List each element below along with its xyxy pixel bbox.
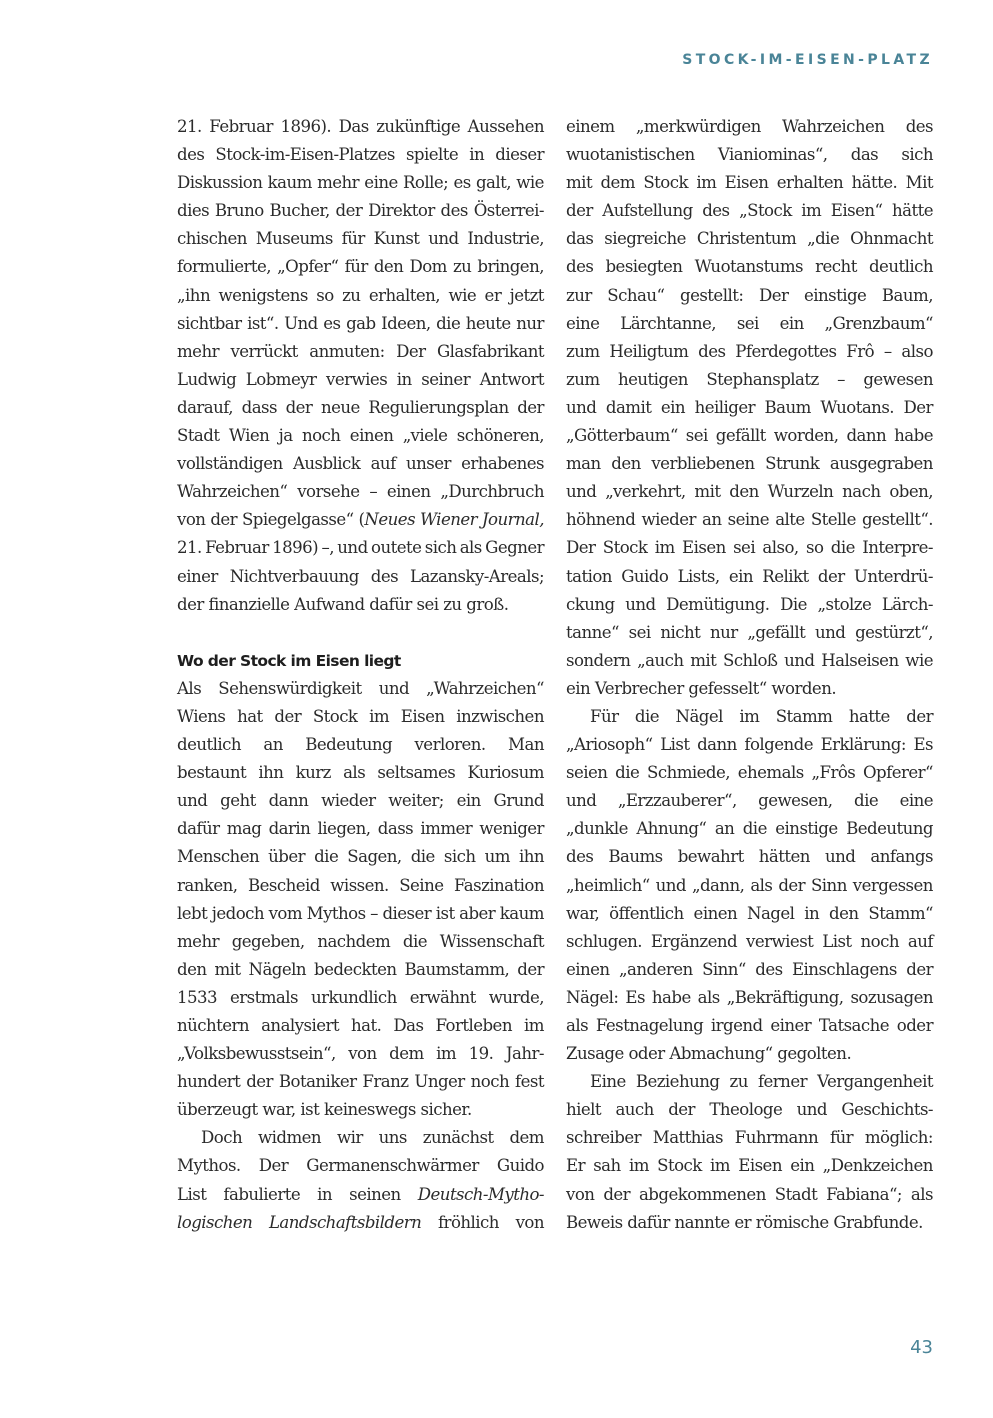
word: mit [214,956,240,984]
word: die [403,928,427,956]
word: wie [905,647,933,675]
word: den [611,450,640,478]
word: Februar [209,113,273,141]
word: Die [780,591,807,619]
word: recht [815,253,857,281]
text-line: WienshatderStockimEiseninzwischen [177,703,544,731]
word: Schmiede, [647,759,730,787]
word: verwies [326,366,387,394]
text-line: und„Erzzauberer“,gewesen,dieeine [566,787,933,815]
text-line: bestauntihnkurzalsseltsamesKuriosum [177,759,544,787]
word: noch [302,422,340,450]
word: Stephansplatz [706,366,818,394]
text-line: deutlichanBedeutungverloren.Man [177,731,544,759]
word: Nagel [747,900,794,928]
text-line: höhnendwiederanseinealteStellegestellt“. [566,506,933,534]
word: kaum [268,169,312,197]
word: gefällt [716,422,766,450]
word: der [818,563,845,591]
word: gestürzt“, [855,619,933,647]
word: es [453,169,470,197]
text-line: EineBeziehungzufernerVergangenheit [566,1068,933,1096]
word: erhabenes [461,450,544,478]
word: Stelle [811,506,856,534]
word: dies [177,197,209,225]
word: Für [590,703,618,731]
text-line: mitdemStockimEisenerhaltenhätte.Mit [566,169,933,197]
word: darin [269,815,311,843]
text-line-citation: vonderSpiegelgasse“(NeuesWienerJournal, [177,506,544,534]
text-line: sondern„auchmitSchloßundHalseisenwie [566,647,933,675]
word: wuotanistischen [566,141,695,169]
word: dass [378,815,413,843]
word: des [906,113,933,141]
text-line: „heimlich“und„dann,alsderSinnvergessen [566,872,933,900]
word: von [516,1209,544,1237]
text-line: Mythos.DerGermanenschwärmerGuido [177,1152,544,1180]
word: bringen, [477,253,544,281]
word: verloren. [414,731,485,759]
italic-text: Neues [364,510,415,529]
text: der [210,510,237,529]
word: Das [393,1012,423,1040]
word: das [851,141,878,169]
word: „Erzzauberer“, [618,787,737,815]
word: der [668,1096,695,1124]
word: Lobmeyr [246,366,317,394]
word: eine [364,169,397,197]
word: von [177,506,205,534]
text: fröhlich [438,1213,499,1232]
word: „dann, [692,872,744,900]
paragraph: FürdieNägelimStammhatteder„Ariosoph“List… [566,703,933,1068]
word: Ahnung“ [636,815,706,843]
word: wieder [641,506,695,534]
running-head: STOCK-IM-EISEN-PLATZ [682,52,933,68]
word: tation [566,563,612,591]
word: „verkehrt, [605,478,685,506]
word: Gegner [485,534,544,562]
word: einstige [804,282,866,310]
word: habe [652,984,691,1012]
word: des [371,563,398,591]
word: der [517,394,544,422]
word: analysiert [261,1012,339,1040]
text-line: Dochwidmenwirunszunächstdem [177,1124,544,1152]
text-line: LudwigLobmeyrverwiesinseinerAntwort [177,366,544,394]
word: ckung [566,591,615,619]
word: der [336,197,363,225]
text-line: vonderabgekommenenStadtFabiana“;als [566,1181,933,1209]
word: – [837,366,845,394]
word: „Stock [739,197,792,225]
word: weiter; [388,787,444,815]
word: ausgegraben [830,450,933,478]
word: Halseisen [821,647,898,675]
word: bestaunt [177,759,246,787]
word: erwähnt [410,984,476,1012]
word: verwiest [746,928,813,956]
word: dass [242,394,277,422]
word: „Grenzbaum“ [825,310,933,338]
word: die [854,787,878,815]
word: immer [420,815,472,843]
word: schreiber [566,1124,641,1152]
word: Interpre- [862,534,933,562]
word: einen [387,478,431,506]
word: und [784,647,814,675]
word: Baum, [882,282,933,310]
text-line: schlugen.ErgänzendverwiestListnochauf [566,928,933,956]
word: wie [448,282,476,310]
word: einen [350,422,394,450]
word: ist [436,900,455,928]
word: hat. [351,1012,381,1040]
word: anmuten: [309,338,384,366]
word: Industrie, [467,225,544,253]
word: Bescheid [248,872,320,900]
word: den [177,956,206,984]
text-line: „dunkleAhnung“andieeinstigeBedeutung [566,815,933,843]
word: aber [459,900,495,928]
word: heiliger [695,394,755,422]
word: ein [780,310,804,338]
word: um [485,843,510,871]
word: „Wahrzeichen“ [426,675,544,703]
word: Mit [906,169,933,197]
word: „ihn [177,282,210,310]
word: Faszination [454,872,544,900]
word: deutlich [869,253,933,281]
word: Nägel [675,703,722,731]
word: noch [471,1068,509,1096]
word: sei [686,422,708,450]
word: formulierte, [177,253,271,281]
word: sozusagen [850,984,933,1012]
text-line: 21.Februar1896).DaszukünftigeAussehen [177,113,544,141]
word: Unger [414,1068,464,1096]
word: Sinn“ [702,956,746,984]
word: Mythos [307,900,366,928]
word: Stock [643,169,688,197]
text-line: darauf,dassderneueRegulierungsplander [177,394,544,422]
italic-text: Deutsch-Mytho- [418,1185,544,1204]
word: wir [337,1124,363,1152]
word: er [485,282,502,310]
word: Ohnmacht [850,225,933,253]
word: Fuhrmann [735,1124,818,1152]
word: irgend [711,1012,763,1040]
word: und [797,1096,827,1124]
word: mit [690,647,716,675]
word: einen [694,900,738,928]
word: Guido [497,1152,544,1180]
text-line: der finanzielle Aufwand dafür sei zu gro… [177,591,544,619]
word: Nichtverbauung [230,563,359,591]
word: vollständigen [177,450,283,478]
word: von [566,1181,594,1209]
word: auf [371,450,396,478]
word: Eisen [682,534,726,562]
word: so [806,534,823,562]
word: Schau“ [607,282,664,310]
word: gewesen [863,366,933,394]
word: 19. [469,1040,494,1068]
word: fröhlich [438,1209,499,1237]
text-line: formulierte,„Opfer“fürdenDomzubringen, [177,253,544,281]
word: des [441,197,468,225]
word: sichtbar [177,310,242,338]
text: List [177,1185,206,1204]
text-line: 21.Februar1896)–,undoutetesichalsGegner [177,534,544,562]
word: –, [321,534,333,562]
word: wieder [321,787,375,815]
word: die [831,534,855,562]
word: Botaniker [279,1068,357,1096]
word: Rolle; [403,169,448,197]
text: von [516,1213,544,1232]
text-line: alsFestnagelungirgendeinerTatsacheoder [566,1012,933,1040]
word: abgekommenen [639,1181,766,1209]
paragraph: AlsSehenswürdigkeitund„Wahrzeichen“Wiens… [177,675,544,1125]
word: heute [466,310,511,338]
text-line: und„verkehrt,mitdenWurzelnnachoben, [566,478,933,506]
word: ihn [258,759,283,787]
text-line: Beweis dafür nannte er römische Grabfund… [566,1209,933,1237]
word: schlugen. [566,928,642,956]
word: „heimlich“ [566,872,650,900]
text-line: zumHeiligtumdesPferdegottesFrô–also [566,338,933,366]
word: „Opfer“ [277,253,338,281]
word: siegreiche [604,225,686,253]
text-line: hieltauchderTheologeundGeschichts- [566,1096,933,1124]
text-line: seiendieSchmiede,ehemals„FrôsOpferer“ [566,759,933,787]
word: Wiens [177,703,225,731]
word: List [660,731,689,759]
word: im [696,169,716,197]
word: Wuotans. [820,394,894,422]
word: Jahr- [506,1040,544,1068]
text-line: einem„merkwürdigenWahrzeichendes [566,113,933,141]
word: Relikt [762,563,808,591]
word: Der [396,338,425,366]
word: im [739,703,759,731]
word: die [635,703,659,731]
word: Ideen, [381,310,430,338]
text-line: derAufstellungdes„StockimEisen“hätte [566,197,933,225]
word: dann [846,422,886,450]
word: Fortleben [435,1012,512,1040]
word: war, [566,900,599,928]
text-line: „Götterbaum“seigefälltworden,dannhabe [566,422,933,450]
word: gestellt: [680,282,743,310]
word: Heiligtum [609,338,688,366]
word: Vianiominas“, [718,141,828,169]
word: Frô [846,338,874,366]
word: die [436,310,460,338]
text: Spiegelgasse“ [242,510,354,529]
word: für [342,225,365,253]
word: Nägel: [566,984,618,1012]
word: Erklärung: [821,731,906,759]
word: kurz [296,759,331,787]
word: zukünftige [376,113,460,141]
word: Eisen [738,1152,782,1180]
word: des [755,956,782,984]
word: Demütigung. [666,591,769,619]
word: Wurzeln [768,478,834,506]
italic-text: Wiener [420,510,477,529]
word: „die [807,225,839,253]
word: eine [900,787,933,815]
word: Landschaftsbildern [269,1209,421,1237]
word: nachdem [317,928,390,956]
word: „gefällt [747,619,805,647]
word: zunächst [423,1124,494,1152]
word: Wien [229,422,269,450]
word: zu [342,282,360,310]
word: öffentlich [609,900,684,928]
text-line: eineLärchtanne,seiein„Grenzbaum“ [566,310,933,338]
word: 21. [177,534,202,562]
text-line: einerNichtverbauungdesLazansky-Areals; [177,563,544,591]
word: darauf, [177,394,233,422]
word: in [804,900,819,928]
paragraph: einem„merkwürdigenWahrzeichendeswuotanis… [566,113,933,703]
word: Baumstamm, [404,956,509,984]
word: kaum [500,900,544,928]
word: also [901,338,933,366]
text-line: DiskussionkaummehreineRolle;esgalt,wie [177,169,544,197]
word: Einschlagens [792,956,897,984]
text-line: ein Verbrecher gefesselt“ worden. [566,675,933,703]
word: Matthias [653,1124,723,1152]
text-line: zumheutigenStephansplatz–gewesen [566,366,933,394]
right-column: einem„merkwürdigenWahrzeichendeswuotanis… [566,113,933,1237]
word: – [370,900,378,928]
word: Diskussion [177,169,262,197]
word: die [743,815,767,843]
word: Baum [764,394,810,422]
text-line: DerStockimEisenseialso,sodieInterpre- [566,534,933,562]
word: an [715,815,734,843]
text-line: dafürmagdarinliegen,dassimmerweniger [177,815,544,843]
word: nur [516,310,544,338]
text-line: war,öffentlicheinenNagelindenStamm“ [566,900,933,928]
word: Februar [205,534,269,562]
italic-text: logischen [177,1213,252,1232]
word: Wahrzeichen [782,113,884,141]
text-line: MenschenüberdieSagen,diesichumihn [177,843,544,871]
text-line: „ihnwenigstenssozuerhalten,wieerjetzt [177,282,544,310]
text-line: ckungundDemütigung.Die„stolzeLärch- [566,591,933,619]
word: anfangs [870,843,933,871]
word: ist“. [247,310,279,338]
word: die [615,759,639,787]
word: Sagen, [347,843,401,871]
word: Dom [409,253,446,281]
text-line: zurSchau“gestellt:DereinstigeBaum, [566,282,933,310]
word: Pferdegottes [735,338,836,366]
word: der [906,956,933,984]
word: auch [615,1096,653,1124]
word: Glasfabrikant [437,338,544,366]
word: Wiener [420,506,477,534]
word: chischen [177,225,247,253]
word: Stock [657,1152,702,1180]
word: Eisen [401,703,445,731]
word: unser [406,450,451,478]
word: „stolze [817,591,871,619]
word: Es [913,731,933,759]
word: Lists, [678,563,720,591]
word: der [566,197,593,225]
text-line: ranken,Bescheidwissen.SeineFaszination [177,872,544,900]
word: 1533 [177,984,217,1012]
text-line: mehrgegeben,nachdemdieWissenschaft [177,928,544,956]
text: fabulierte [223,1185,300,1204]
word: sich [425,534,457,562]
word: Geschichts- [841,1096,933,1124]
word: es [323,310,340,338]
word: Antwort [480,366,544,394]
word: hatte [849,703,890,731]
word: Stadt [177,422,219,450]
word: logischen [177,1209,252,1237]
word: 21. [177,113,202,141]
word: seiner [421,366,470,394]
paragraph-tail: 21.Februar1896)–,undoutetesichalsGegnere… [177,534,544,618]
word: spielte [406,141,458,169]
word: für [830,1124,853,1152]
word: Theologe [709,1096,782,1124]
word: Seine [399,872,443,900]
word: Es [625,984,645,1012]
word: oben, [889,478,933,506]
word: Stamm [776,703,833,731]
word: hat [237,703,263,731]
word: an [702,506,721,534]
word: Bedeutung [846,815,933,843]
word: des [698,338,725,366]
word: lebt [177,900,207,928]
word: und [656,872,686,900]
italic-text: Landschaftsbildern [269,1213,421,1232]
word: Lazansky-Areals; [410,563,544,591]
word: sondern [566,647,630,675]
word: Kunst [374,225,420,253]
word: Baums [608,843,662,871]
word: des [566,843,593,871]
word: hundert [177,1068,240,1096]
word: Österrei- [474,197,544,225]
word: Ergänzend [651,928,737,956]
word: galt, [476,169,511,197]
text-line: sichtbarist“.UndesgabIdeen,dieheutenur [177,310,544,338]
word: ein [661,394,685,422]
word: als [911,1181,933,1209]
word: Der [259,1152,288,1180]
italic-text: Journal, [482,510,544,529]
text-line: nüchternanalysierthat.DasFortlebenim [177,1012,544,1040]
text-line: Wahrzeichen“vorsehe–einen„Durchbruch [177,478,544,506]
word: inzwischen [456,703,544,731]
word: sich [901,141,933,169]
word: „merkwürdigen [636,113,761,141]
word: jetzt [510,282,544,310]
word: Sehenswürdigkeit [218,675,361,703]
word: liegen, [318,815,371,843]
